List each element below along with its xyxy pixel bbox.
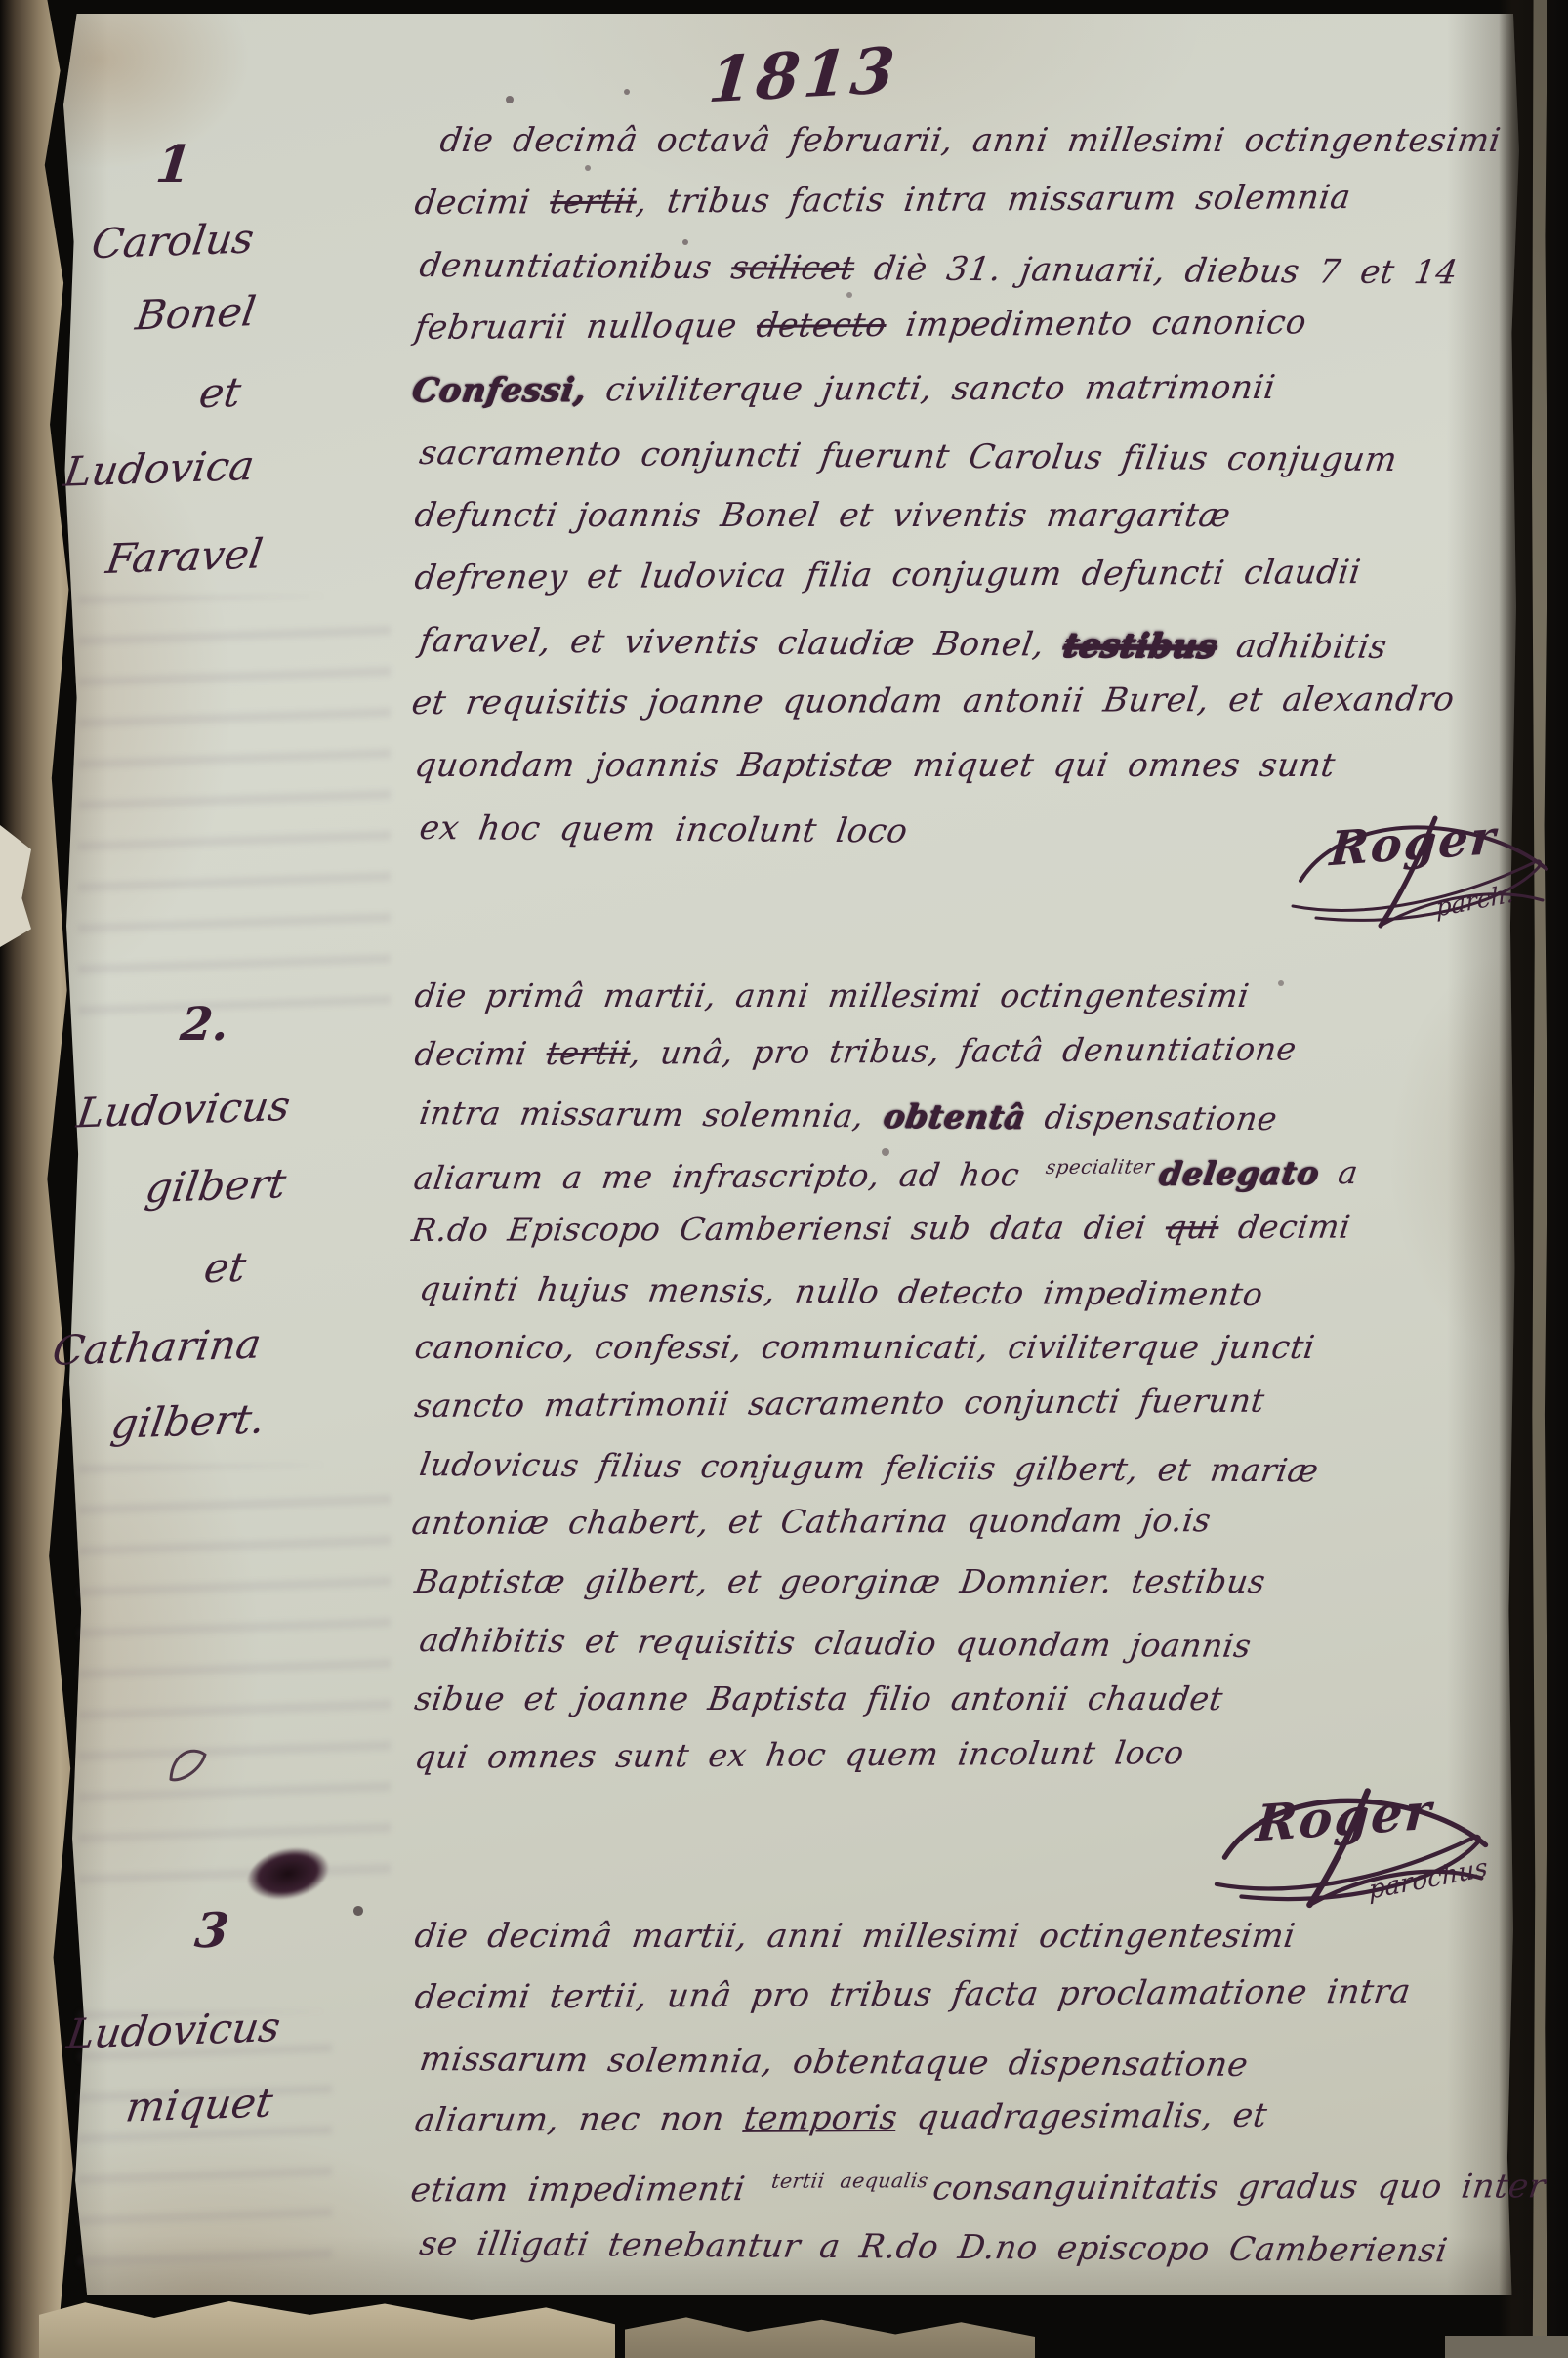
entry-number: 3 [192, 1902, 389, 1959]
text-segment: die decimâ martii, anni millesimi octing… [412, 1917, 1298, 1956]
manuscript-line: sacramento conjuncti fuerunt Carolus fil… [415, 422, 1546, 492]
entry-2-margin: 2. LudovicusgilbertetCatharinagilbert. [54, 998, 386, 1443]
manuscript-line: R.do Episcopo Camberiensi sub data diei … [408, 1197, 1540, 1260]
manuscript-line: quondam joannis Baptistæ miquet qui omne… [411, 734, 1543, 797]
manuscript-line: et requisitis joanne quondam antonii Bur… [408, 668, 1540, 734]
text-segment: a [1316, 1153, 1360, 1191]
text-segment-blot: obtentâ [881, 1096, 1028, 1136]
manuscript-line: februarii nulloque detecto impedimento c… [411, 290, 1544, 359]
text-segment: denuntiationibus [417, 246, 734, 287]
manuscript-line: qui omnes sunt ex hoc quem incolunt loco [411, 1721, 1543, 1787]
entry-3-margin-names: Ludovicusmiquet [54, 2006, 386, 2128]
manuscript-line: Confessi, civiliterque juncti, sancto ma… [408, 355, 1540, 422]
text-segment-blot: Confessi, [409, 370, 589, 410]
text-segment: sibue et joanne Baptista filio antonii c… [412, 1679, 1225, 1717]
manuscript-line: etiam impedimenti tertii aequalisconsang… [408, 2148, 1540, 2213]
text-segment-strike: tertii [548, 183, 640, 223]
text-segment: quondam joannis Baptistæ miquet qui omne… [412, 746, 1338, 785]
text-segment: qui omnes sunt ex hoc quem incolunt loco [412, 1733, 1186, 1776]
text-segment: die decimâ octavâ februarii, anni milles… [437, 121, 1503, 160]
margin-name: Faravel [103, 526, 390, 583]
text-segment: defuncti joannis Bonel et viventis marga… [412, 496, 1233, 535]
manuscript-line: decimi tertii, unâ pro tribus facta proc… [411, 1961, 1543, 2029]
manuscript-line: aliarum, nec non temporis quadragesimali… [411, 2084, 1543, 2152]
text-segment: aliarum a me infrascripto, ad hoc [412, 1155, 1042, 1197]
manuscript-line: defreney et ludovica filia conjugum defu… [411, 540, 1544, 609]
text-segment: sacramento conjuncti fuerunt Carolus fil… [417, 434, 1400, 479]
manuscript-line: Baptistæ gilbert, et georginæ Domnier. t… [411, 1552, 1542, 1611]
text-segment: antoniæ chabert, et Catharina quondam jo… [409, 1501, 1213, 1542]
text-segment: etiam impedimenti [408, 2170, 767, 2210]
manuscript-scan: 1813 1 CarolusBoneletLudovicaFaravel die… [0, 0, 1568, 2358]
torn-page-edge-bottom-center [625, 2310, 1035, 2358]
text-segment-underline: temporis [741, 2098, 899, 2138]
margin-name: Ludovicus [64, 2000, 391, 2058]
manuscript-line: decimi tertii, unâ, pro tribus, factâ de… [411, 1018, 1543, 1084]
text-segment-strikeblot: testibus [1061, 626, 1219, 666]
text-segment: missarum solemnia, obtentaque dispensati… [417, 2040, 1251, 2085]
entry-1-margin: 1 CarolusBoneletLudovicaFaravel [54, 135, 386, 578]
text-segment: civiliterque juncti, sancto matrimonii [584, 368, 1278, 409]
text-segment: et requisitis joanne quondam antonii Bur… [409, 680, 1457, 723]
text-segment: decimi [1217, 1208, 1353, 1246]
torn-page-edge-bottom-left [39, 2296, 615, 2358]
text-segment: quadragesimalis, et [894, 2096, 1269, 2137]
margin-name: Ludovicus [74, 1080, 391, 1138]
margin-name: miquet [123, 2076, 390, 2132]
margin-name: Ludovica [62, 437, 391, 496]
entry-1-signature: Roger parch. [1287, 812, 1560, 941]
text-segment-sup: tertii aequalis [770, 2169, 930, 2193]
entry-number: 1 [153, 135, 389, 194]
manuscript-line: antoniæ chabert, et Catharina quondam jo… [408, 1490, 1540, 1552]
entry-3-margin: 3 Ludovicusmiquet [54, 1902, 386, 2128]
text-segment: Baptistæ gilbert, et georginæ Domnier. t… [412, 1562, 1267, 1600]
manuscript-line: die decimâ octavâ februarii, anni milles… [436, 109, 1543, 172]
text-segment-strike: qui [1163, 1208, 1221, 1246]
margin-name: gilbert [143, 1157, 390, 1213]
year-header: 1813 [706, 34, 901, 118]
text-segment: sancto matrimonii sacramento conjuncti f… [412, 1382, 1266, 1425]
text-segment: intra missarum solemnia, [417, 1094, 887, 1135]
entry-2-body: die primâ martii, anni millesimi octinge… [415, 967, 1538, 1787]
text-segment: decimi [412, 183, 553, 223]
entry-number: 2. [178, 998, 389, 1052]
text-segment: impedimento canonico [884, 303, 1309, 345]
text-segment-strike: detecto [754, 306, 888, 346]
text-segment: , unâ, pro tribus, factâ denuntiatione [628, 1029, 1299, 1071]
text-segment: R.do Episcopo Camberiensi sub data diei [409, 1208, 1168, 1249]
manuscript-line: die decimâ martii, anni millesimi octing… [411, 1906, 1543, 1967]
text-segment: die primâ martii, anni millesimi octinge… [412, 976, 1252, 1014]
entry-2-signature: Roger parochus [1211, 1785, 1501, 1922]
manuscript-line: decimi tertii, tribus factis intra missa… [411, 165, 1544, 234]
text-segment: quinti hujus mensis, nullo detecto imped… [417, 1269, 1265, 1313]
entry-3-body: die decimâ martii, anni millesimi octing… [415, 1906, 1538, 2275]
margin-name: Carolus [89, 211, 390, 269]
ink-specks [0, 0, 4, 4]
text-segment: decimi tertii, unâ pro tribus facta proc… [412, 1972, 1413, 2017]
text-segment: defreney et ludovica filia conjugum defu… [412, 553, 1363, 598]
text-segment-blot: delegato [1157, 1153, 1322, 1192]
text-segment-strike: tertii [544, 1034, 633, 1073]
text-segment: canonico, confessi, communicati, civilit… [412, 1328, 1317, 1366]
text-segment-strike: scilicet [728, 248, 857, 288]
text-segment-sup: specialiter [1045, 1155, 1156, 1179]
text-segment: consanguinitatis gradus quo inter [930, 2167, 1547, 2208]
text-segment: ex hoc quem incolunt loco [417, 808, 910, 850]
manuscript-line: die primâ martii, anni millesimi octinge… [411, 967, 1542, 1025]
manuscript-line: se illigati tenebantur a R.do D.no episc… [415, 2213, 1546, 2283]
margin-name: et [196, 363, 390, 417]
manuscript-line: sancto matrimonii sacramento conjuncti f… [411, 1370, 1543, 1435]
text-segment: dispensatione [1022, 1097, 1280, 1138]
text-segment: , tribus factis intra missarum solemnia [634, 178, 1353, 221]
text-segment: februarii nulloque [412, 307, 759, 348]
manuscript-line: quinti hujus mensis, nullo detecto imped… [416, 1260, 1547, 1326]
text-segment: adhibitis [1214, 627, 1389, 667]
text-segment: se illigati tenebantur a R.do D.no episc… [417, 2224, 1450, 2270]
text-segment: diè 31. januarii, diebus 7 et 14 [851, 249, 1461, 292]
text-segment: adhibitis et requisitis claudio quondam … [417, 1621, 1254, 1665]
margin-name: gilbert. [108, 1391, 390, 1448]
manuscript-line: aliarum a me infrascripto, ad hoc specia… [411, 1136, 1543, 1201]
manuscript-line: adhibitis et requisitis claudio quondam … [416, 1611, 1547, 1677]
text-segment: aliarum, nec non [412, 2099, 746, 2140]
margin-name: Bonel [133, 284, 390, 340]
text-segment: ludovicus filius conjugum feliciis gilbe… [417, 1445, 1321, 1489]
manuscript-line: canonico, confessi, communicati, civilit… [411, 1318, 1542, 1377]
entry-1-margin-names: CarolusBoneletLudovicaFaravel [54, 216, 386, 578]
text-segment: faravel, et viventis claudiæ Bonel, [417, 621, 1067, 665]
margin-name: et [201, 1238, 390, 1292]
text-segment: decimi [412, 1034, 549, 1073]
torn-page-edge-bottom-right [1445, 2336, 1568, 2358]
manuscript-line: sibue et joanne Baptista filio antonii c… [411, 1670, 1542, 1728]
entry-2-margin-names: LudovicusgilbertetCatharinagilbert. [54, 1085, 386, 1443]
manuscript-line: defuncti joannis Bonel et viventis marga… [411, 484, 1543, 547]
margin-name: Catharina [50, 1316, 391, 1375]
entry-1-body: die decimâ octavâ februarii, anni milles… [415, 109, 1538, 859]
